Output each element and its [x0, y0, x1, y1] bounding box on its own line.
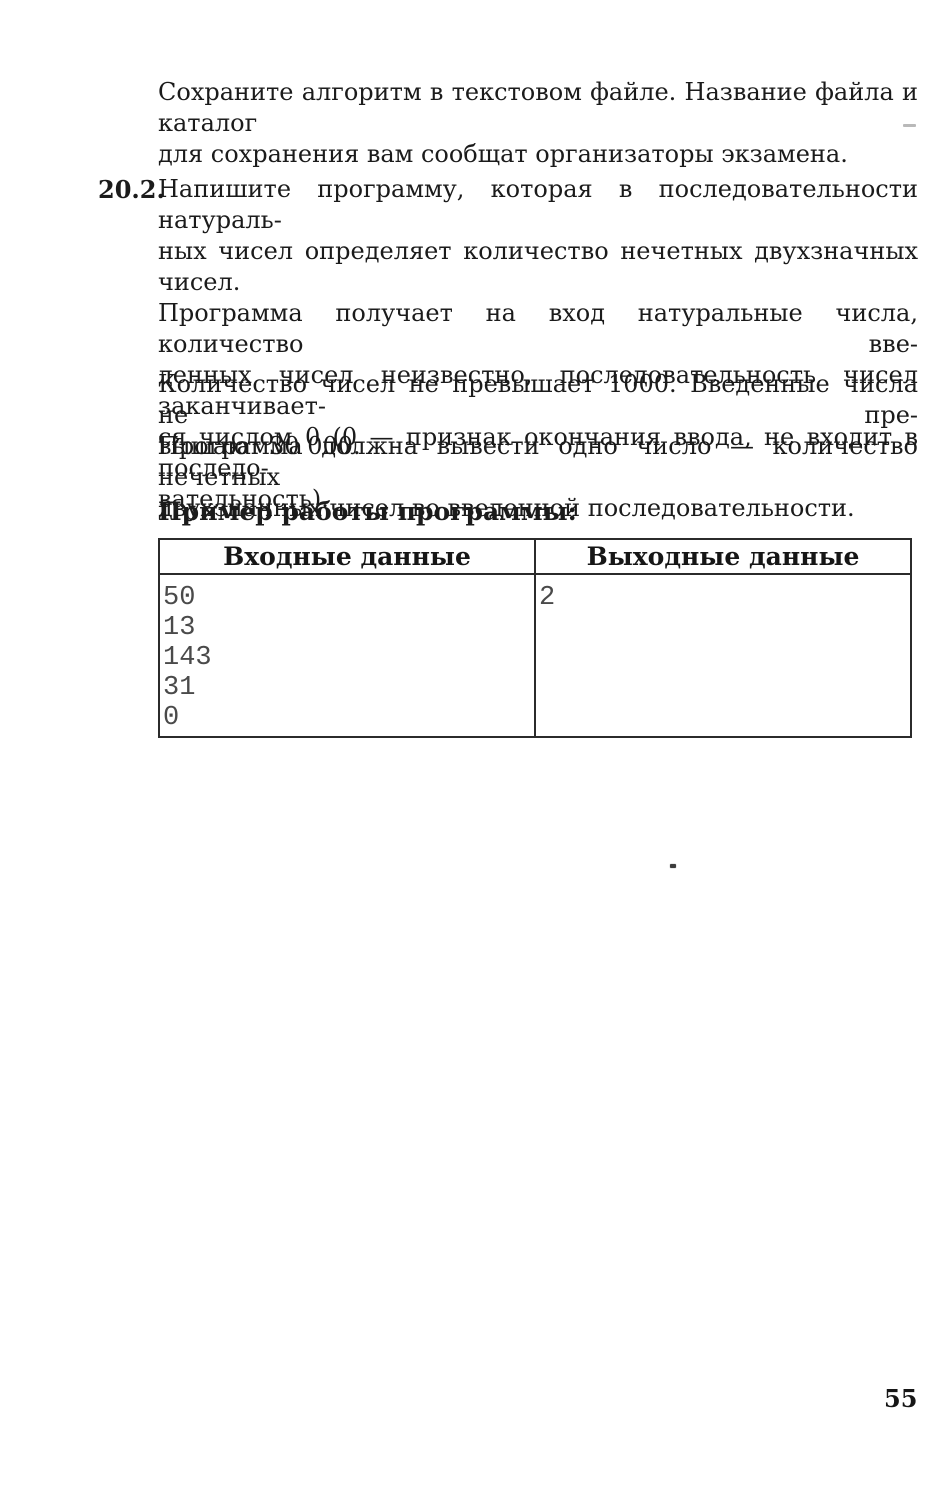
- example-table-body-row: 5013143310 2: [159, 574, 911, 737]
- example-label: Пример работы программы:: [158, 496, 577, 527]
- example-table-header-row: Входные данные Выходные данные: [159, 539, 911, 574]
- page-number: 55: [884, 1384, 917, 1413]
- table-cell-output: 2: [535, 574, 911, 737]
- table-header-output: Выходные данные: [535, 539, 911, 574]
- intro-paragraph: Сохраните алгоритм в текстовом файле. На…: [158, 77, 918, 170]
- problem-number: 20.2.: [98, 174, 154, 205]
- scan-stray-dash: [903, 124, 916, 127]
- table-header-input: Входные данные: [159, 539, 535, 574]
- table-cell-input: 5013143310: [159, 574, 535, 737]
- scan-speck: [670, 864, 676, 868]
- textbook-page: Сохраните алгоритм в текстовом файле. На…: [0, 0, 945, 1500]
- example-table: Входные данные Выходные данные 501314331…: [158, 538, 912, 738]
